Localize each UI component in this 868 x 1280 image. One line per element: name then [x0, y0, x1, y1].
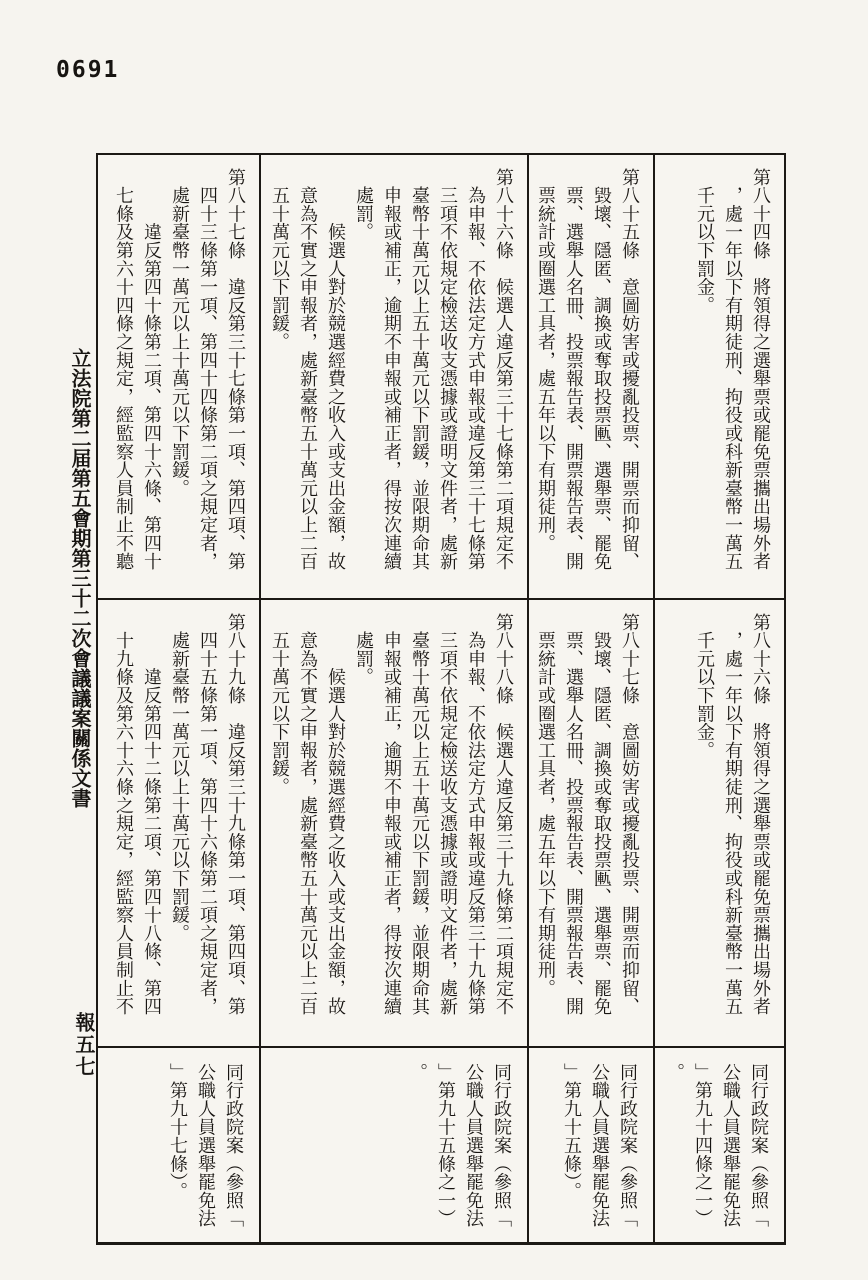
cell-middle-article-86: 第八十六條 將領得之選舉票或罷免票攜出場外者 ，處一年以下有期徒刑、拘役或科新臺…: [653, 600, 784, 1048]
cell-middle-article-87: 第八十七條 意圖妨害或擾亂投票、開票而抑留、 毀壞、隱匿、調換或奪取投票匭、選舉…: [527, 600, 653, 1048]
text-line: 申報或補正，逾期不申報或補正者，得按次連續: [378, 168, 406, 593]
text-line: 公職人員選舉罷免法: [460, 1063, 488, 1237]
text-line: 」第九十四條之一）: [689, 1063, 717, 1237]
text-line: 。: [661, 1063, 689, 1237]
text-line: 處罰。: [350, 613, 378, 1041]
text-line: 臺幣十萬元以上五十萬元以下罰鍰，並限期命其: [406, 613, 434, 1041]
text-line: 毀壞、隱匿、調換或奪取投票匭、選舉票、罷免: [588, 168, 616, 593]
text-line: 公職人員選舉罷免法: [586, 1063, 614, 1237]
cell-top-article-84: 第八十四條 將領得之選舉票或罷免票攜出場外者 ，處一年以下有期徒刑、拘役或科新臺…: [653, 155, 784, 600]
text-line: 票、選舉人名冊、投票報告表、開票報告表、開: [560, 613, 588, 1041]
text-line: 千元以下罰金。: [691, 168, 719, 593]
scanned-document-page: 0691 立法院第二届第五會期第三十二次會議議案關係文書 報五七 第八十四條 將…: [0, 0, 868, 1280]
text-line: 五十萬元以下罰鍰。: [266, 168, 294, 593]
article-comparison-table: 第八十四條 將領得之選舉票或罷免票攜出場外者 ，處一年以下有期徒刑、拘役或科新臺…: [96, 153, 786, 1245]
text-line: ，處一年以下有期徒刑、拘役或科新臺幣一萬五: [719, 168, 747, 593]
text-line: 公職人員選舉罷免法: [192, 1063, 220, 1237]
text-line: 十九條及第六十六條之規定，經監察人員制止不: [110, 613, 138, 1041]
text-line: 候選人對於競選經費之收入或支出金額，故: [322, 168, 350, 593]
cell-top-article-85: 第八十五條 意圖妨害或擾亂投票、開票而抑留、 毀壞、隱匿、調換或奪取投票匭、選舉…: [527, 155, 653, 600]
text-line: 為申報、不依法定方式申報或違反第三十七條第: [462, 168, 490, 593]
text-line: 處新臺幣一萬元以上十萬元以下罰鍰。: [166, 168, 194, 593]
text-line: 」第九十五條之一）: [432, 1063, 460, 1237]
cell-note-column-4: 同行政院案（參照「公職人員選舉罷免法」第九十七條）。: [98, 1048, 259, 1242]
text-line: 臺幣十萬元以上五十萬元以下罰鍰，並限期命其: [406, 168, 434, 593]
cell-note-column-3: 同行政院案（參照「公職人員選舉罷免法」第九十五條之一）。: [259, 1048, 527, 1242]
cell-top-article-86: 第八十六條 候選人違反第三十七條第二項規定不 為申報、不依法定方式申報或違反第三…: [259, 155, 527, 600]
text-line: 票、選舉人名冊、投票報告表、開票報告表、開: [560, 168, 588, 593]
text-line: 申報或補正，逾期不申報或補正者，得按次連續: [378, 613, 406, 1041]
text-line: 第八十七條 違反第三十七條第一項、第四項、第: [222, 168, 250, 593]
text-line: 意為不實之申報者，處新臺幣五十萬元以上二百: [294, 168, 322, 593]
text-line: 為申報、不依法定方式申報或違反第三十九條第: [462, 613, 490, 1041]
text-line: 票統計或圈選工具者，處五年以下有期徒刑。: [532, 613, 560, 1041]
text-line: 違反第四十二條第二項、第四十八條、第四: [138, 613, 166, 1041]
text-line: 第八十七條 意圖妨害或擾亂投票、開票而抑留、: [616, 613, 644, 1041]
text-line: ，處一年以下有期徒刑、拘役或科新臺幣一萬五: [719, 613, 747, 1041]
text-line: 」第九十七條）。: [164, 1063, 192, 1237]
text-line: 同行政院案（參照「: [488, 1063, 516, 1237]
text-line: 候選人對於競選經費之收入或支出金額，故: [322, 613, 350, 1041]
text-line: 處罰。: [350, 168, 378, 593]
cell-middle-article-88: 第八十八條 候選人違反第三十九條第二項規定不 為申報、不依法定方式申報或違反第三…: [259, 600, 527, 1048]
text-line: 處新臺幣一萬元以上十萬元以下罰鍰。: [166, 613, 194, 1041]
text-line: 公職人員選舉罷免法: [717, 1063, 745, 1237]
text-line: 同行政院案（參照「: [220, 1063, 248, 1237]
text-line: 千元以下罰金。: [691, 613, 719, 1041]
text-line: 票統計或圈選工具者，處五年以下有期徒刑。: [532, 168, 560, 593]
text-line: 三項不依規定檢送收支憑據或證明文件者，處新: [434, 168, 462, 593]
text-line: 四十三條第一項、第四十四條第二項之規定者，: [194, 168, 222, 593]
text-line: 第八十八條 候選人違反第三十九條第二項規定不: [490, 613, 518, 1041]
cell-note-column-1: 同行政院案（參照「公職人員選舉罷免法」第九十四條之一）。: [653, 1048, 784, 1242]
cell-note-column-2: 同行政院案（參照「公職人員選舉罷免法」第九十五條）。: [527, 1048, 653, 1242]
text-line: 第八十六條 候選人違反第三十七條第二項規定不: [490, 168, 518, 593]
cell-top-article-87: 第八十七條 違反第三十七條第一項、第四項、第 四十三條第一項、第四十四條第二項之…: [98, 155, 259, 600]
text-line: 毀壞、隱匿、調換或奪取投票匭、選舉票、罷免: [588, 613, 616, 1041]
margin-publication-title: 立法院第二届第五會期第三十二次會議議案關係文書: [66, 348, 92, 808]
text-line: 第八十九條 違反第三十九條第一項、第四項、第: [222, 613, 250, 1041]
text-line: 四十五條第一項、第四十六條第二項之規定者，: [194, 613, 222, 1041]
text-line: 三項不依規定檢送收支憑據或證明文件者，處新: [434, 613, 462, 1041]
text-line: 意為不實之申報者，處新臺幣五十萬元以上二百: [294, 613, 322, 1041]
text-line: 。: [404, 1063, 432, 1237]
text-line: 」第九十五條）。: [558, 1063, 586, 1237]
text-line: 七條及第六十四條之規定，經監察人員制止不聽: [110, 168, 138, 593]
page-number: 0691: [56, 57, 119, 83]
text-line: 同行政院案（參照「: [614, 1063, 642, 1237]
cell-middle-article-89: 第八十九條 違反第三十九條第一項、第四項、第 四十五條第一項、第四十六條第二項之…: [98, 600, 259, 1048]
text-line: 五十萬元以下罰鍰。: [266, 613, 294, 1041]
text-line: 違反第四十條第二項、第四十六條、第四十: [138, 168, 166, 593]
text-line: 同行政院案（參照「: [745, 1063, 773, 1237]
margin-folio-label: 報五七: [70, 1012, 96, 1078]
text-line: 第八十五條 意圖妨害或擾亂投票、開票而抑留、: [616, 168, 644, 593]
text-line: 第八十四條 將領得之選舉票或罷免票攜出場外者: [747, 168, 775, 593]
text-line: 第八十六條 將領得之選舉票或罷免票攜出場外者: [747, 613, 775, 1041]
